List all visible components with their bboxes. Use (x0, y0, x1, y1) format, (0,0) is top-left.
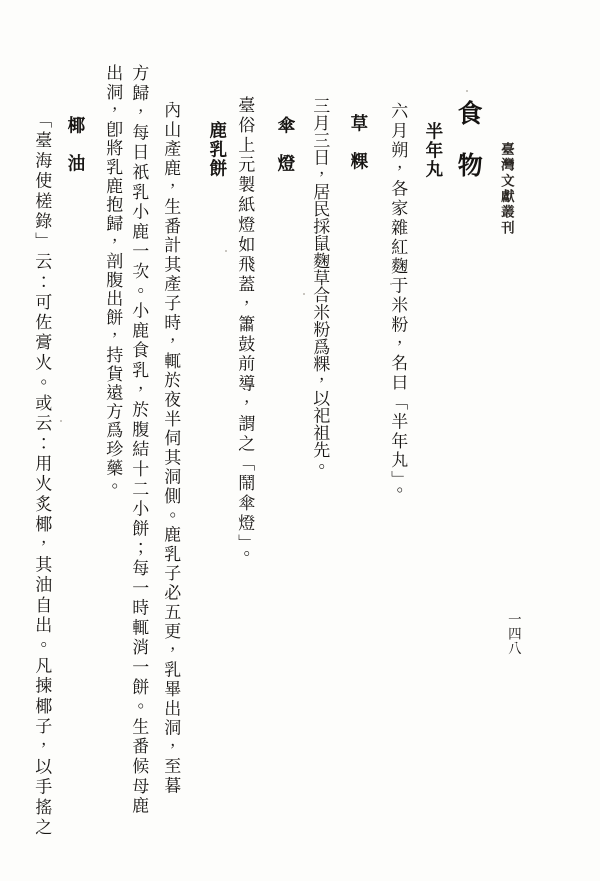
series-header: 臺灣文獻叢刊 (497, 142, 514, 236)
scanned-document-page: 臺灣文獻叢刊 食 物 半年丸 六月朔，各家雜紅麴于米粉，名曰「半年丸」。 草 粿… (0, 0, 600, 881)
entry-text-column: 內山產鹿，生番計其產子時，輒於夜半伺其洞側。鹿乳子必五更，乳畢出洞，至暮 (159, 101, 180, 796)
page-number: 一四八 (504, 612, 521, 656)
entry-text-column: 方歸，每日祇乳小鹿一次。小鹿食乳，於腹結十二小餅；每一時輒消一餅。生番候母鹿 (127, 64, 148, 816)
entry-text-column: 出洞，卽將乳鹿抱歸，剖腹出餅，持貨遠方爲珍藥。 (101, 64, 122, 496)
scan-speckle (466, 90, 468, 92)
entry-text-column: 六月朔，各家雜紅麴于米粉，名曰「半年丸」。 (386, 102, 407, 501)
page-title: 食 物 (453, 100, 484, 178)
scan-speckle (60, 420, 62, 422)
entry-heading-deer-milk-cake: 鹿乳餅 (205, 121, 227, 178)
scan-speckle (225, 250, 227, 252)
entry-heading-umbrella-lantern: 傘 燈 (273, 116, 295, 173)
entry-heading-half-year-pill: 半年丸 (421, 122, 443, 179)
entry-text-column: 臺俗上元製紙燈如飛蓋，簫鼓前導，謂之「鬧傘燈」。 (233, 96, 254, 565)
entry-text-column: 「臺海使槎錄」云：可佐膏火。或云：用火炙椰，其油自出。凡揀椰子，以手搖之 (30, 111, 51, 838)
entry-heading-coconut-oil: 椰 油 (63, 116, 85, 173)
scan-speckle (303, 293, 305, 295)
entry-text-column: 三月三日，居民採鼠麴草合米粉爲粿，以祀祖先。 (308, 97, 329, 475)
entry-heading-grass-cake: 草 粿 (346, 114, 368, 171)
scan-speckle (390, 283, 392, 285)
